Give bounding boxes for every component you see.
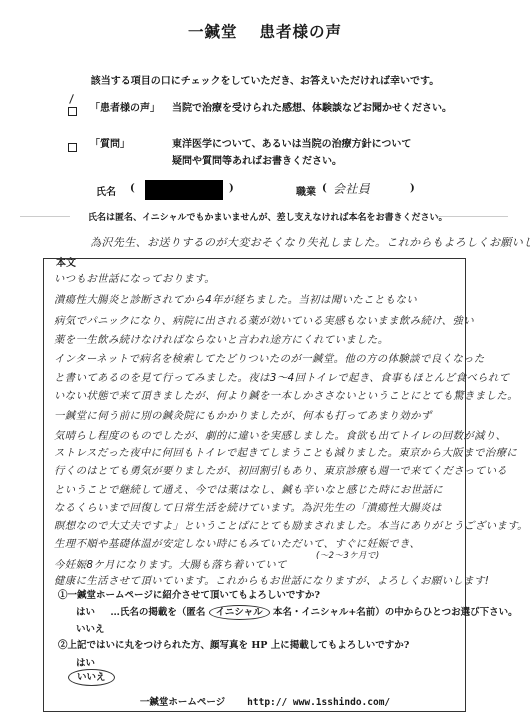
body-line: 気晴らし程度のものでしたが、劇的に違いを実感しました。食欲も出てトイレの回数が減… <box>54 427 506 442</box>
question-2: ②上記ではいに丸をつけられた方、顔写真を HP 上に掲載してもよろしいですか? <box>58 637 409 651</box>
category-desc-question-line2: 疑問や質問等あればお書きください。 <box>172 152 342 167</box>
occupation-value[interactable]: 会社員 <box>333 180 370 197</box>
body-line: 瞑想なので大丈夫ですよ」ということばにとても励まされました。本当にありがとうござ… <box>54 517 528 532</box>
footer-url[interactable]: http:// www.1sshindo.com/ <box>247 697 390 708</box>
name-redacted-field[interactable] <box>145 180 223 200</box>
option-detail-prefix: …氏名の掲載を（匿名 <box>110 607 205 618</box>
question-2-option-yes[interactable]: はい <box>76 655 95 669</box>
question-1: ①一鍼堂ホームページに紹介させて頂いてもよろしいですか? <box>58 587 320 601</box>
category-label-question: 「質問」 <box>90 135 130 150</box>
question-2-text: 上記ではいに丸をつけられた方、顔写真を HP 上に掲載してもよろしいですか? <box>68 640 410 651</box>
name-note: 氏名は匿名、イニシャルでもかまいませんが、差し支えなければ本名をお書きください。 <box>88 210 447 223</box>
body-line: 行くのはとても勇気が要りましたが、初回割引もあり、東京診療も週一で来てくださって… <box>54 462 507 477</box>
body-line: 薬を一生飲み続けなければならないと言われ途方にくれていました。 <box>54 331 389 346</box>
body-inline-annotation: (～2～3ケ月で) <box>316 549 380 561</box>
body-line: いない状態で来て頂きましたが、何より鍼を一本しかささないということにとても驚きま… <box>54 387 518 402</box>
instruction-text: 該当する項目の口にチェックをしていただき、お答えいただければ幸いです。 <box>0 72 530 87</box>
body-line: 一鍼堂に伺う前に別の鍼灸院にもかかりましたが、何本も打ってあまり効かず <box>54 407 432 422</box>
occupation-open-paren: ( <box>322 183 327 194</box>
body-line: 今妊娠8ケ月になります。大腸も落ち着いていて <box>54 556 287 571</box>
occupation-close-paren: ) <box>410 183 415 194</box>
divider <box>438 216 508 217</box>
option-label-yes[interactable]: はい <box>76 607 95 618</box>
checkbox-box <box>68 143 77 152</box>
checkbox-box <box>68 107 77 116</box>
form-heading: 患者様の声 <box>260 23 343 41</box>
body-line: ということで継続して通え、今では薬はなし、鍼も辛いなと感じた時にお世話に <box>54 481 443 496</box>
selected-no-option[interactable]: いいえ <box>68 669 115 686</box>
name-close-paren: ) <box>229 183 234 194</box>
body-line: 潰瘍性大腸炎と診断されてから4年が経ちました。当初は聞いたこともない <box>54 291 417 306</box>
question-2-option-no[interactable]: いいえ <box>68 669 115 683</box>
divider <box>20 216 70 217</box>
question-2-number: ② <box>58 640 68 651</box>
check-mark-icon <box>69 94 74 104</box>
question-1-text: 一鍼堂ホームページに紹介させて頂いてもよろしいですか? <box>68 590 320 601</box>
category-desc-patient-voice: 当院で治療を受けられた感想、体験談などお聞かせください。 <box>172 99 452 114</box>
body-line: 病気でパニックになり、病院に出される薬が効いている実感もないまま飲み続け、強い <box>54 312 474 327</box>
selected-initial-option[interactable]: イニシャル <box>209 605 270 620</box>
body-line: なるくらいまで回復して日常生活を続けています。為沢先生の「潰瘍性大腸炎は <box>54 499 442 514</box>
body-line: 生理不順や基礎体温が安定しない時にもみていただいて、すぐに妊娠でき、 <box>54 535 420 550</box>
option-detail-suffix: ）の中からひとつお選び下さい。 <box>375 607 517 618</box>
question-1-option-no[interactable]: いいえ <box>76 621 105 635</box>
question-1-option-yes[interactable]: はい …氏名の掲載を（匿名 イニシャル 本名・イニシャル+名前）の中からひとつお… <box>76 604 518 618</box>
clinic-name: 一鍼堂 <box>188 23 238 41</box>
footer: 一鍼堂ホームページhttp:// www.1sshindo.com/ <box>0 694 530 708</box>
body-line: 健康に生活させて頂いています。これからもお世話になりますが、よろしくお願いします… <box>54 572 489 587</box>
name-label: 氏名 <box>96 183 116 198</box>
checkbox-patient-voice[interactable] <box>68 101 77 120</box>
body-line: いつもお世話になっております。 <box>54 270 215 285</box>
body-line: ストレスだった夜中に何回もトイレで起きてしまうことも減りました。東京から大阪まで… <box>54 444 517 459</box>
body-line: インターネットで病名を検索してたどりついたのが一鍼堂。他の方の体験談で良くなった <box>54 350 485 365</box>
name-open-paren: ( <box>130 183 135 194</box>
question-1-number: ① <box>58 590 68 601</box>
checkbox-question[interactable] <box>68 137 77 156</box>
body-line: と書いてあるのを見て行ってみました。夜は3～4回トイレで起き、食事もほとんど食べ… <box>54 369 510 384</box>
body-header-note: 為沢先生、お送りするのが大変おそくなり失礼しました。これからもよろしくお願いしま… <box>90 234 530 250</box>
occupation-label: 職業 <box>296 183 316 198</box>
category-label-patient-voice: 「患者様の声」 <box>90 99 160 114</box>
category-desc-question-line1: 東洋医学について、あるいは当院の治療方針について <box>172 135 411 150</box>
form-title: 一鍼堂患者様の声 <box>0 20 530 42</box>
footer-label: 一鍼堂ホームページ <box>140 697 225 708</box>
option-other-choice[interactable]: 本名・イニシャル+名前 <box>273 607 375 618</box>
